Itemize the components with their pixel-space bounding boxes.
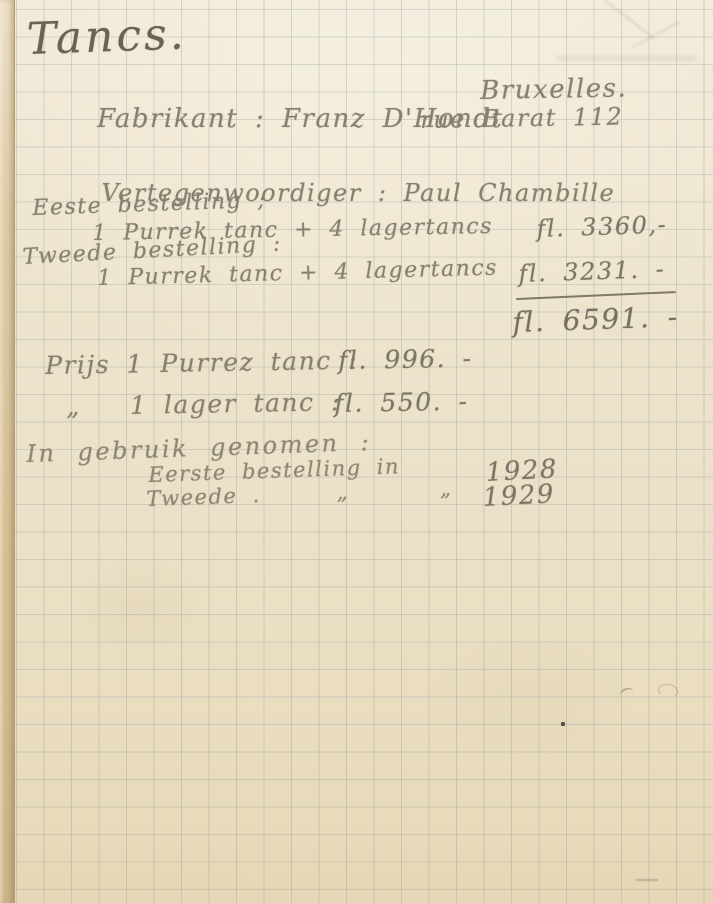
usage2-year: 1929 (482, 479, 556, 513)
page-binding-edge (0, 0, 15, 903)
fabrikant-city: Bruxelles. (480, 73, 627, 106)
price2-amount: fl. 550. - (334, 387, 469, 418)
price1-amount: fl. 996. - (338, 344, 473, 375)
notebook-page: Tancs. Fabrikant : Franz D'Hondt Bruxell… (0, 0, 713, 903)
fabrikant-label: Fabrikant : (97, 104, 265, 134)
fabrikant-address: rue Barat 112 (420, 102, 624, 134)
agent-name: Paul Chambille (404, 179, 616, 207)
order1-amount: fl. 3360,- (536, 210, 668, 243)
price2-label: „ 1 lager tanc : (66, 387, 341, 421)
order-total: fl. 6591. - (512, 300, 679, 339)
page-title: Tancs. (26, 8, 187, 65)
order2-amount: fl. 3231. - (518, 255, 666, 288)
price1-label: Prijs 1 Purrez tanc : (45, 346, 358, 380)
